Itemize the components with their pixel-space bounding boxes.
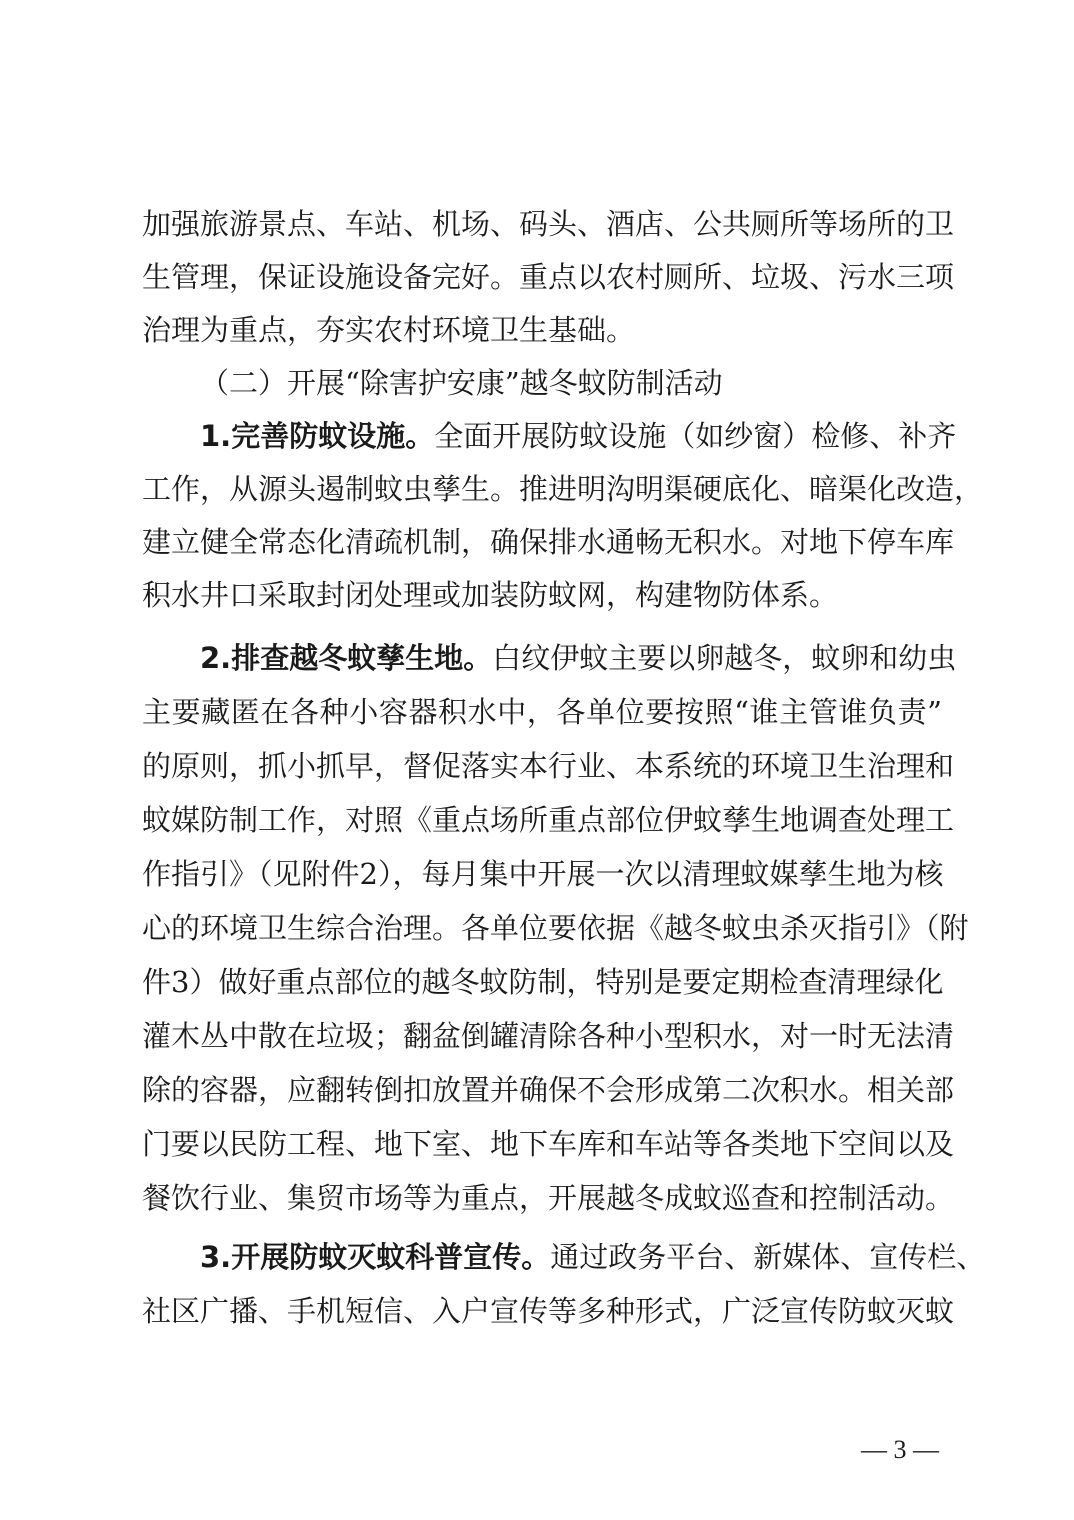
paragraph-line: 加强旅游景点、车站、机场、码头、酒店、公共厕所等场所的卫 xyxy=(142,204,942,244)
paragraph-line: 主要藏匿在各种小容器积水中，各单位要按照“谁主管谁负责” xyxy=(142,692,942,732)
document-page: 加强旅游景点、车站、机场、码头、酒店、公共厕所等场所的卫 生管理，保证设施设备完… xyxy=(0,0,1074,1520)
item-3-text: 通过政务平台、新媒体、宣传栏、 xyxy=(550,1240,985,1274)
paragraph-line: 心的环境卫生综合治理。各单位要依据《越冬蚊虫杀灭指引》（附 xyxy=(142,908,942,948)
item-3-first-line: 3.开展防蚊灭蚊科普宣传。通过政务平台、新媒体、宣传栏、 xyxy=(200,1237,942,1277)
paragraph-line: 积水井口采取封闭处理或加装防蚊网，构建物防体系。 xyxy=(142,575,942,615)
paragraph-line: 建立健全常态化清疏机制，确保排水通畅无积水。对地下停车库 xyxy=(142,522,942,562)
paragraph-line: 生管理，保证设施设备完好。重点以农村厕所、垃圾、污水三项 xyxy=(142,257,942,297)
paragraph-line: 治理为重点，夯实农村环境卫生基础。 xyxy=(142,310,942,350)
item-2-title: 2.排查越冬蚊孳生地。 xyxy=(200,641,492,675)
paragraph-line: 蚊媒防制工作，对照《重点场所重点部位伊蚊孳生地调查处理工 xyxy=(142,800,942,840)
section-heading: （二）开展“除害护安康”越冬蚊防制活动 xyxy=(200,363,760,403)
item-1-text: 全面开展防蚊设施（如纱窗）检修、补齐 xyxy=(434,419,956,453)
paragraph-line: 作指引》（见附件2），每月集中开展一次以清理蚊媒孳生地为核 xyxy=(142,854,942,894)
paragraph-line: 除的容器，应翻转倒扣放置并确保不会形成第二次积水。相关部 xyxy=(142,1070,942,1110)
paragraph-line: 餐饮行业、集贸市场等为重点，开展越冬成蚊巡查和控制活动。 xyxy=(142,1178,942,1218)
paragraph-line: 灌木丛中散在垃圾；翻盆倒罐清除各种小型积水，对一时无法清 xyxy=(142,1016,942,1056)
paragraph-line: 门要以民防工程、地下室、地下车库和车站等各类地下空间以及 xyxy=(142,1124,942,1164)
item-1-title: 1.完善防蚊设施。 xyxy=(200,419,434,453)
item-2-text: 白纹伊蚊主要以卵越冬，蚊卵和幼虫 xyxy=(492,641,956,675)
paragraph-line: 工作，从源头遏制蚊虫孳生。推进明沟明渠硬底化、暗渠化改造， xyxy=(142,469,942,509)
paragraph-line: 的原则，抓小抓早，督促落实本行业、本系统的环境卫生治理和 xyxy=(142,746,942,786)
item-3-title: 3.开展防蚊灭蚊科普宣传。 xyxy=(200,1240,550,1274)
paragraph-line: 社区广播、手机短信、入户宣传等多种形式，广泛宣传防蚊灭蚊 xyxy=(142,1291,942,1331)
item-2-first-line: 2.排查越冬蚊孳生地。白纹伊蚊主要以卵越冬，蚊卵和幼虫 xyxy=(200,638,942,678)
item-1-first-line: 1.完善防蚊设施。全面开展防蚊设施（如纱窗）检修、补齐 xyxy=(200,416,942,456)
paragraph-line: 件3）做好重点部位的越冬蚊防制，特别是要定期检查清理绿化 xyxy=(142,962,942,1002)
page-number: — 3 — xyxy=(850,1432,950,1468)
